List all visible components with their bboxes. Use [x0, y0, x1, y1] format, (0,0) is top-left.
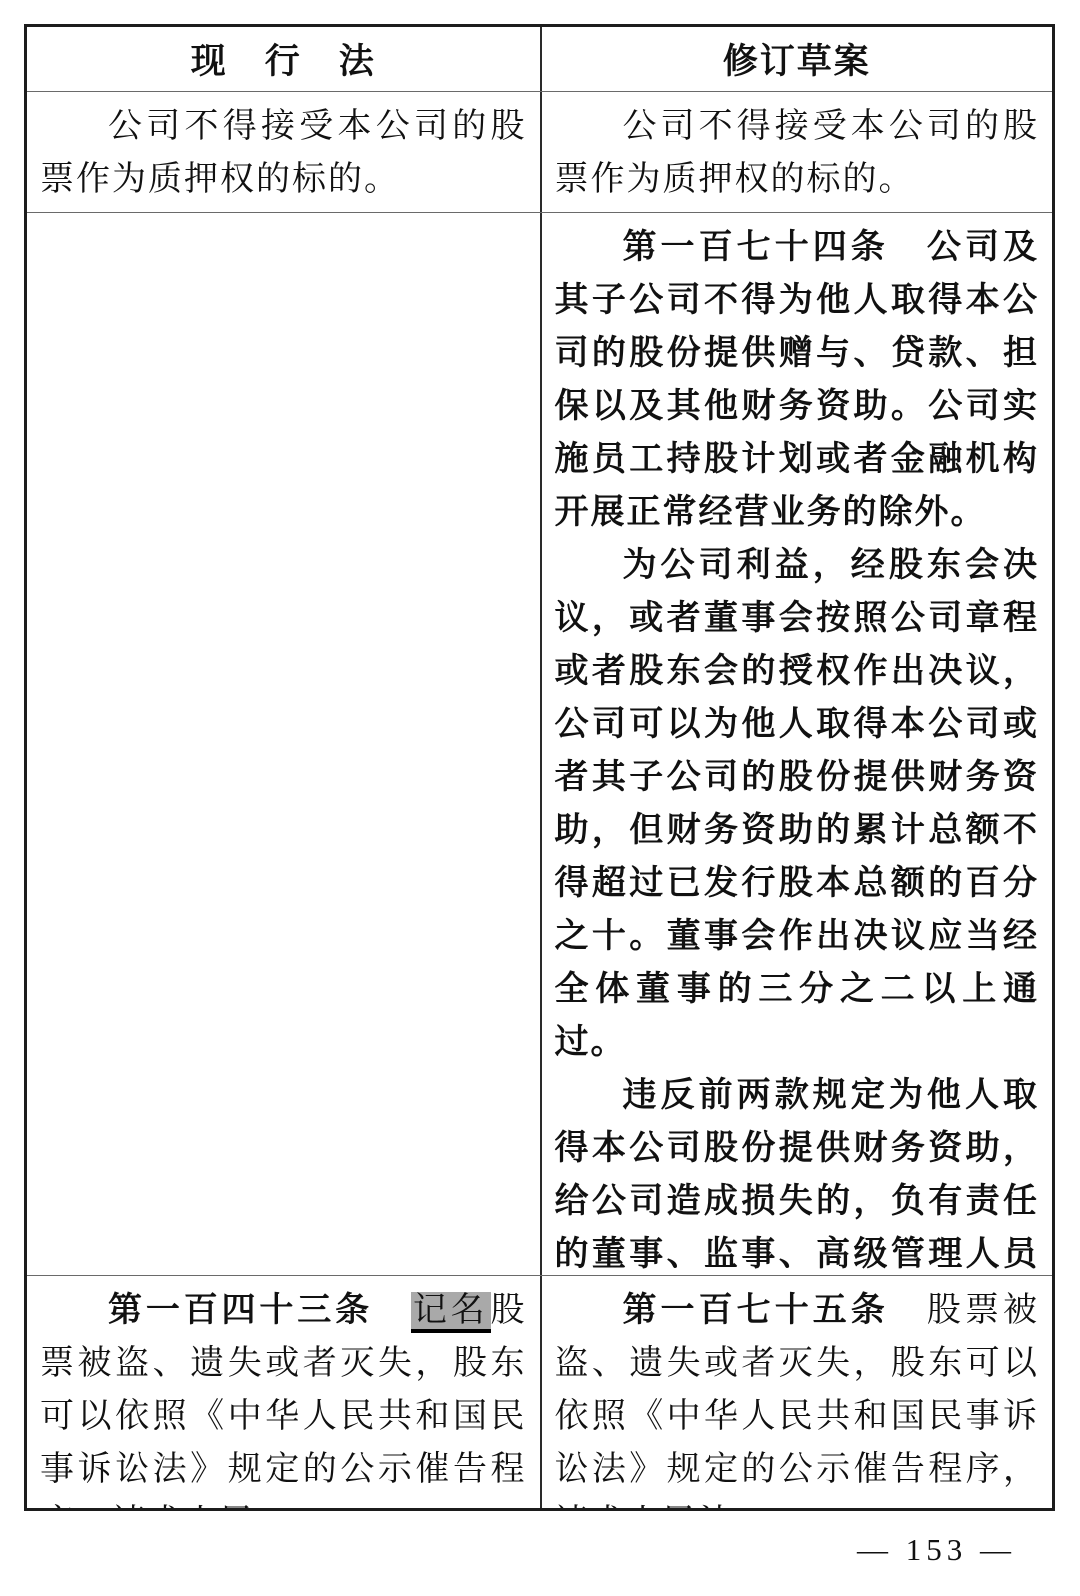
paragraph: 公司不得接受本公司的股票作为质押权的标的。 — [40, 100, 527, 206]
table-header-row: 现 行 法 修订草案 — [27, 27, 1052, 91]
paragraph: 违反前两款规定为他人取得本公司股份提供财务资助，给公司造成损失的，负有责任的董事… — [555, 1069, 1040, 1275]
table-row-pledge: 公司不得接受本公司的股票作为质押权的标的。 公司不得接受本公司的股票作为质押权的… — [27, 91, 1052, 212]
paragraph: 为公司利益，经股东会决议，或者董事会按照公司章程或者股东会的授权作出决议，公司可… — [555, 539, 1040, 1069]
text-segment: 第一百七十五条 — [623, 1291, 927, 1329]
text-segment: 公司不得接受本公司的股票作为质押权的标的。 — [555, 108, 1040, 198]
paragraph: 第一百四十三条 记名股票被盗、遗失或者灭失，股东可以依照《中华人民共和国民事诉讼… — [40, 1284, 527, 1508]
cell-draft-article-175: 第一百七十五条 股票被盗、遗失或者灭失，股东可以依照《中华人民共和国民事诉讼法》… — [540, 1276, 1053, 1508]
cell-current-law-empty — [27, 213, 540, 1275]
text-segment: 第一百四十三条 — [108, 1291, 411, 1329]
paragraph: 第一百七十五条 股票被盗、遗失或者灭失，股东可以依照《中华人民共和国民事诉讼法》… — [555, 1284, 1040, 1508]
text-segment: 第一百七十四条 公司及其子公司不得为他人取得本公司的股份提供赠与、贷款、担保以及… — [555, 228, 1040, 531]
deleted-term-highlight: 记名 — [411, 1292, 491, 1333]
text-segment: 公司不得接受本公司的股票作为质押权的标的。 — [40, 108, 527, 198]
text-segment: 为公司利益，经股东会决议，或者董事会按照公司章程或者股东会的授权作出决议，公司可… — [555, 546, 1040, 1061]
cell-current-law-pledge: 公司不得接受本公司的股票作为质押权的标的。 — [27, 92, 540, 212]
cell-draft-pledge: 公司不得接受本公司的股票作为质押权的标的。 — [540, 92, 1053, 212]
column-header-revision-draft: 修订草案 — [540, 27, 1053, 91]
text-segment: 违反前两款规定为他人取得本公司股份提供财务资助，给公司造成损失的，负有责任的董事… — [555, 1076, 1040, 1275]
law-comparison-table: 现 行 法 修订草案 公司不得接受本公司的股票作为质押权的标的。 公司不得接受本… — [24, 24, 1055, 1511]
table-row-lost-shares: 第一百四十三条 记名股票被盗、遗失或者灭失，股东可以依照《中华人民共和国民事诉讼… — [27, 1275, 1052, 1508]
table-row-article-174: 第一百七十四条 公司及其子公司不得为他人取得本公司的股份提供赠与、贷款、担保以及… — [27, 212, 1052, 1275]
page-number: — 153 — — [857, 1532, 1016, 1568]
cell-current-law-article-143: 第一百四十三条 记名股票被盗、遗失或者灭失，股东可以依照《中华人民共和国民事诉讼… — [27, 1276, 540, 1508]
document-page: 现 行 法 修订草案 公司不得接受本公司的股票作为质押权的标的。 公司不得接受本… — [0, 0, 1080, 1596]
column-header-current-law: 现 行 法 — [27, 27, 540, 91]
paragraph: 第一百七十四条 公司及其子公司不得为他人取得本公司的股份提供赠与、贷款、担保以及… — [555, 221, 1040, 539]
paragraph: 公司不得接受本公司的股票作为质押权的标的。 — [555, 100, 1040, 206]
cell-draft-article-174: 第一百七十四条 公司及其子公司不得为他人取得本公司的股份提供赠与、贷款、担保以及… — [540, 213, 1053, 1275]
